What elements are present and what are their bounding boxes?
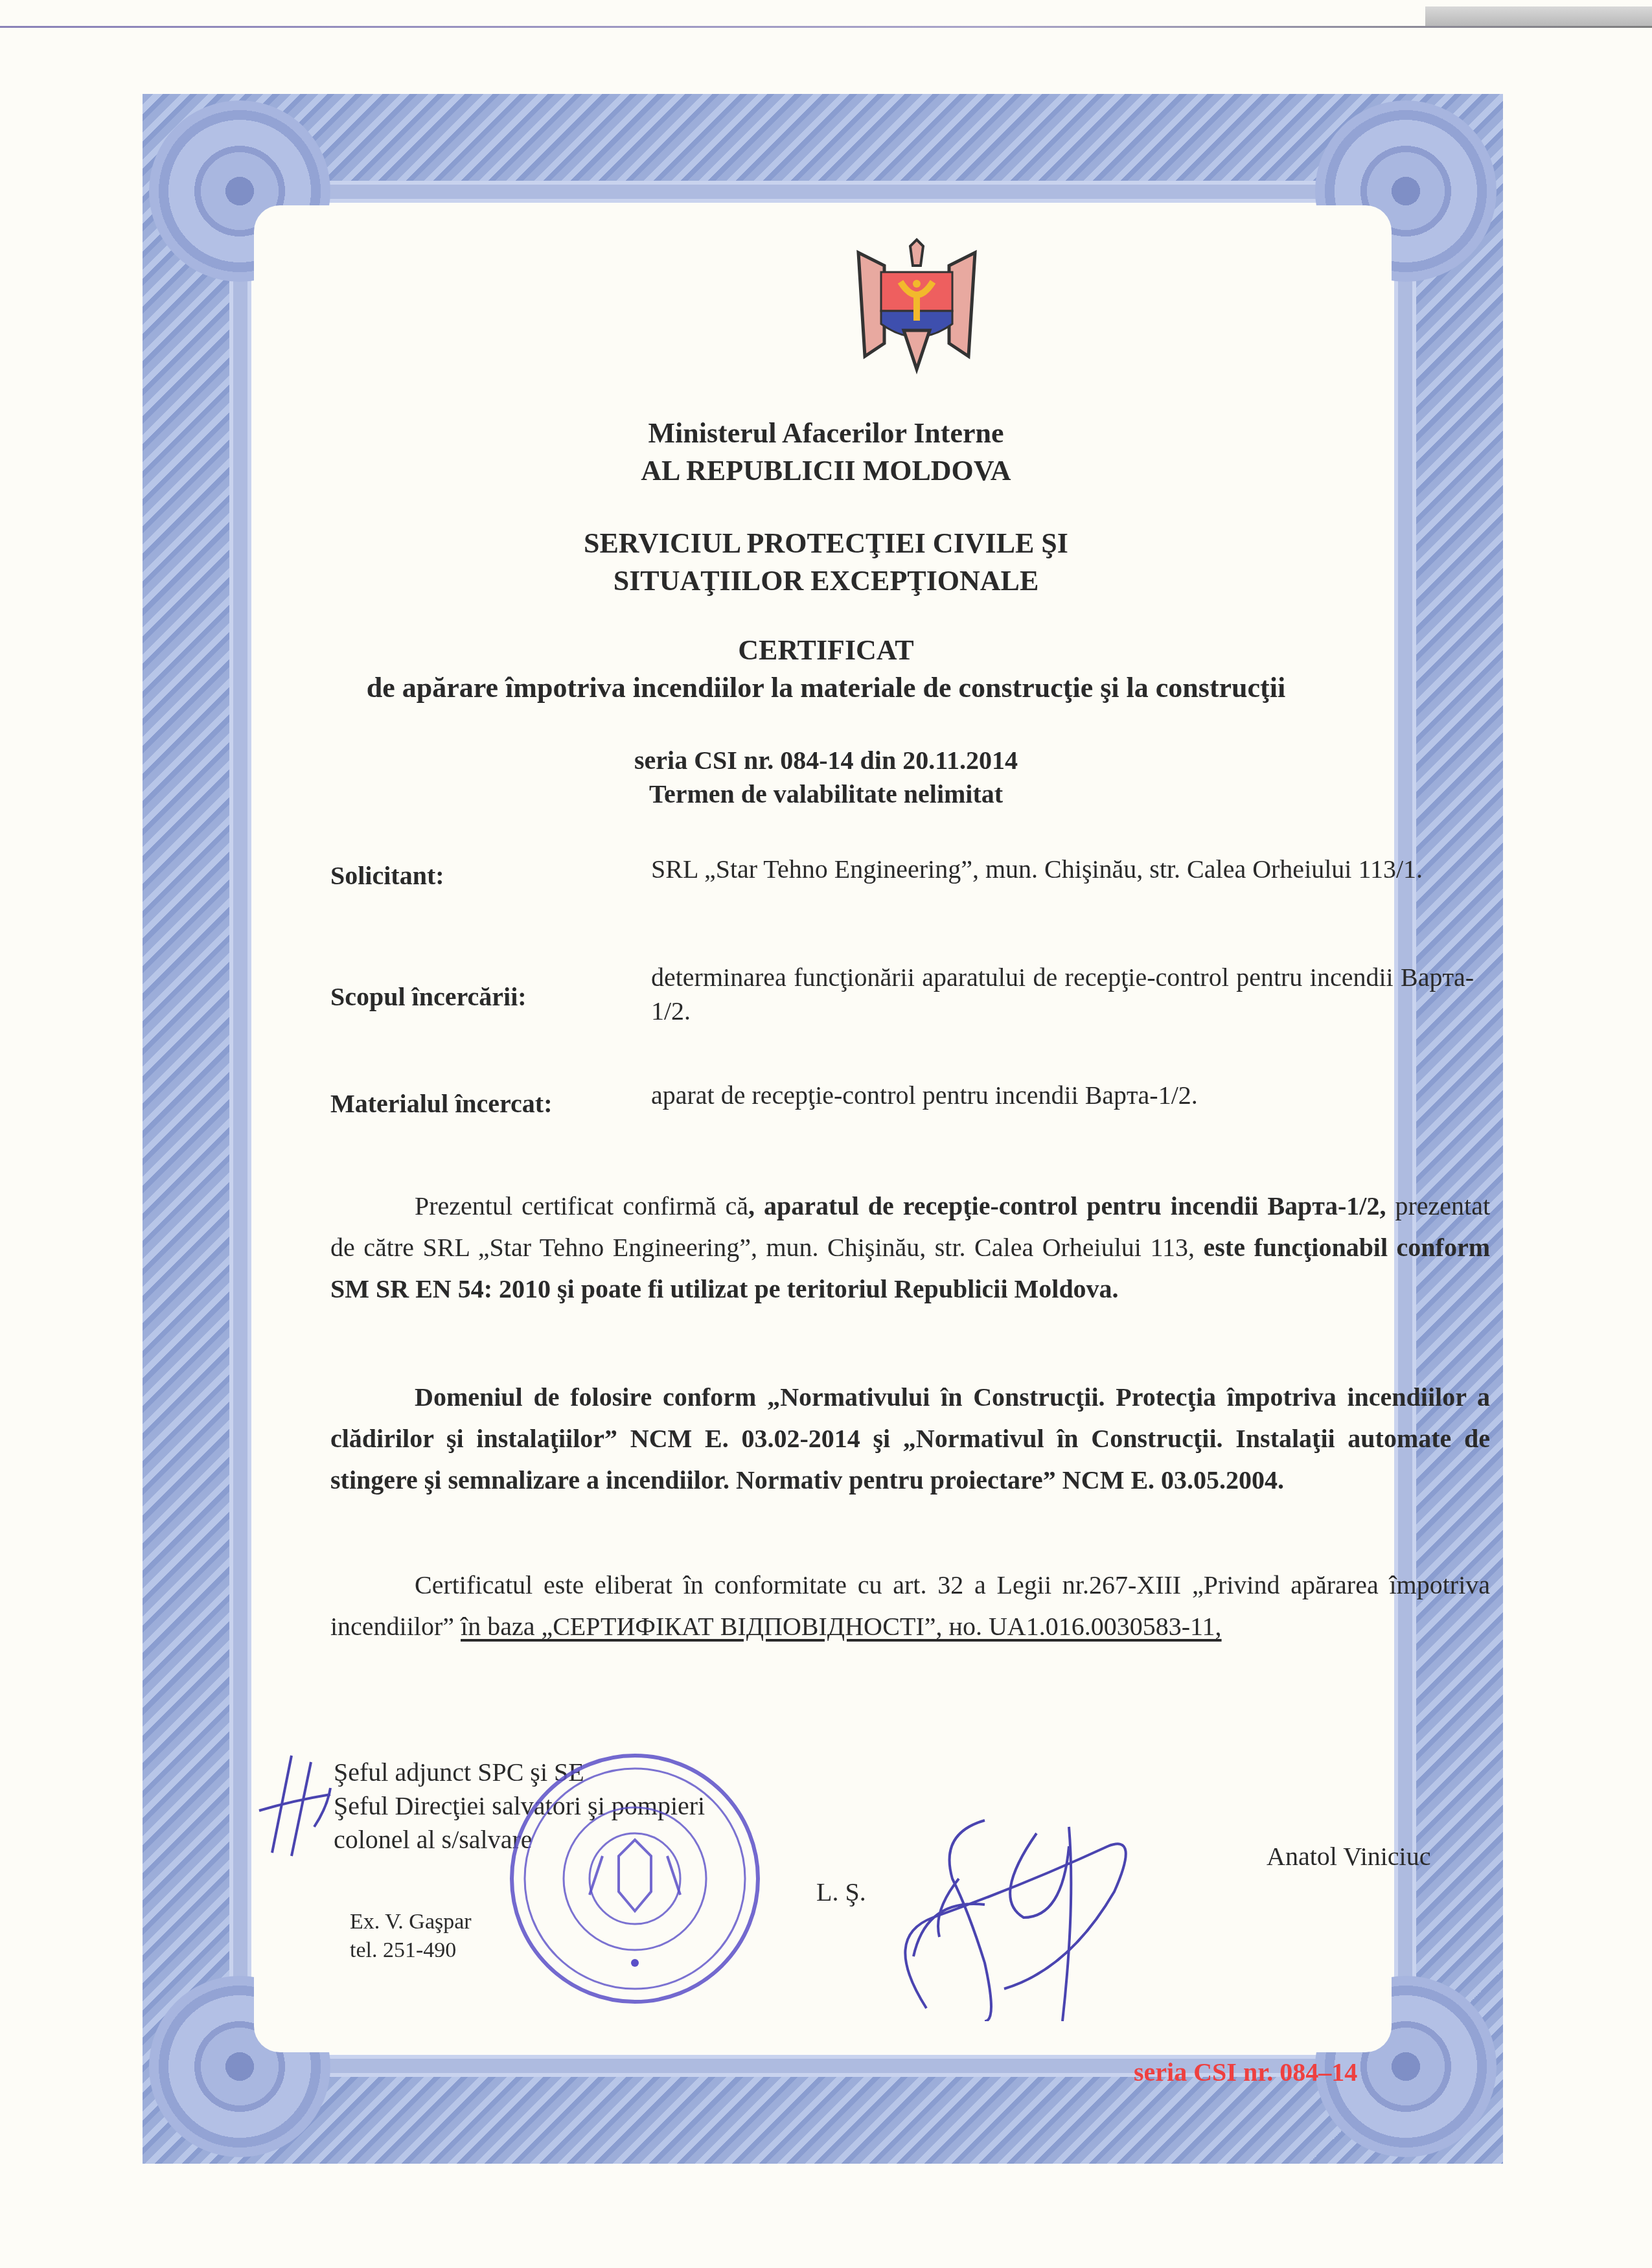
- certificate-subtitle: de apărare împotriva incendiilor la mate…: [0, 669, 1652, 707]
- field-value-applicant: SRL „Star Tehno Engineering”, mun. Chişi…: [651, 853, 1474, 886]
- serial-number: seria CSI nr. 084-14 din 20.11.2014: [0, 744, 1652, 777]
- legal-basis-paragraph: Certificatul este eliberat în conformita…: [330, 1564, 1490, 1647]
- field-label-test-purpose: Scopul încercării:: [330, 981, 527, 1012]
- service-name-line1: SERVICIUL PROTECŢIEI CIVILE ŞI: [0, 525, 1652, 562]
- executor-info: Ex. V. Gaşpar tel. 251-490: [350, 1908, 472, 1965]
- ministry-heading: Ministerul Afacerilor Interne AL REPUBLI…: [0, 415, 1652, 490]
- signatory-name: Anatol Viniciuc: [1267, 1840, 1430, 1873]
- director-signature-icon: [855, 1807, 1179, 2021]
- executor-name: Ex. V. Gaşpar: [350, 1908, 472, 1936]
- para-bold-device: , aparatul de recepţie-control pentru in…: [748, 1191, 1386, 1220]
- footer-red-serial: seria CSI nr. 084–14: [1134, 2057, 1357, 2087]
- service-name-line2: SITUAŢIILOR EXCEPŢIONALE: [0, 562, 1652, 600]
- certificate-title: CERTIFICAT: [0, 632, 1652, 669]
- serial-block: seria CSI nr. 084-14 din 20.11.2014 Term…: [0, 744, 1652, 811]
- executor-phone: tel. 251-490: [350, 1936, 472, 1965]
- official-stamp-icon: [505, 1749, 764, 2008]
- confirmation-paragraph: Prezentul certificat confirmă că, aparat…: [330, 1186, 1490, 1310]
- field-value-tested-material: aparat de recepţie-control pentru incend…: [651, 1079, 1474, 1112]
- country-name: AL REPUBLICII MOLDOVA: [0, 452, 1652, 490]
- field-label-applicant: Solicitant:: [330, 860, 444, 891]
- moldova-coat-of-arms-icon: [842, 227, 991, 376]
- initials-signature-icon: [253, 1749, 337, 1859]
- para-text: Prezentul certificat confirmă că: [415, 1191, 748, 1220]
- certificate-heading: CERTIFICAT de apărare împotriva incendii…: [0, 632, 1652, 707]
- service-heading: SERVICIUL PROTECŢIEI CIVILE ŞI SITUAŢIIL…: [0, 525, 1652, 600]
- ministry-name: Ministerul Afacerilor Interne: [0, 415, 1652, 452]
- validity-term: Termen de valabilitate nelimitat: [0, 777, 1652, 811]
- para-text: Domeniul de folosire conform „Normativul…: [330, 1382, 1490, 1495]
- para-underlined-reference: în baza „СЕРТИФІКАТ ВІДПОВІДНОСТІ”, но. …: [461, 1612, 1222, 1641]
- field-label-tested-material: Materialul încercat:: [330, 1088, 552, 1119]
- scan-shadow: [1425, 6, 1652, 26]
- usage-domain-paragraph: Domeniul de folosire conform „Normativul…: [330, 1377, 1490, 1501]
- scan-edge-line: [0, 26, 1652, 28]
- field-value-test-purpose: determinarea funcţionării aparatului de …: [651, 961, 1474, 1028]
